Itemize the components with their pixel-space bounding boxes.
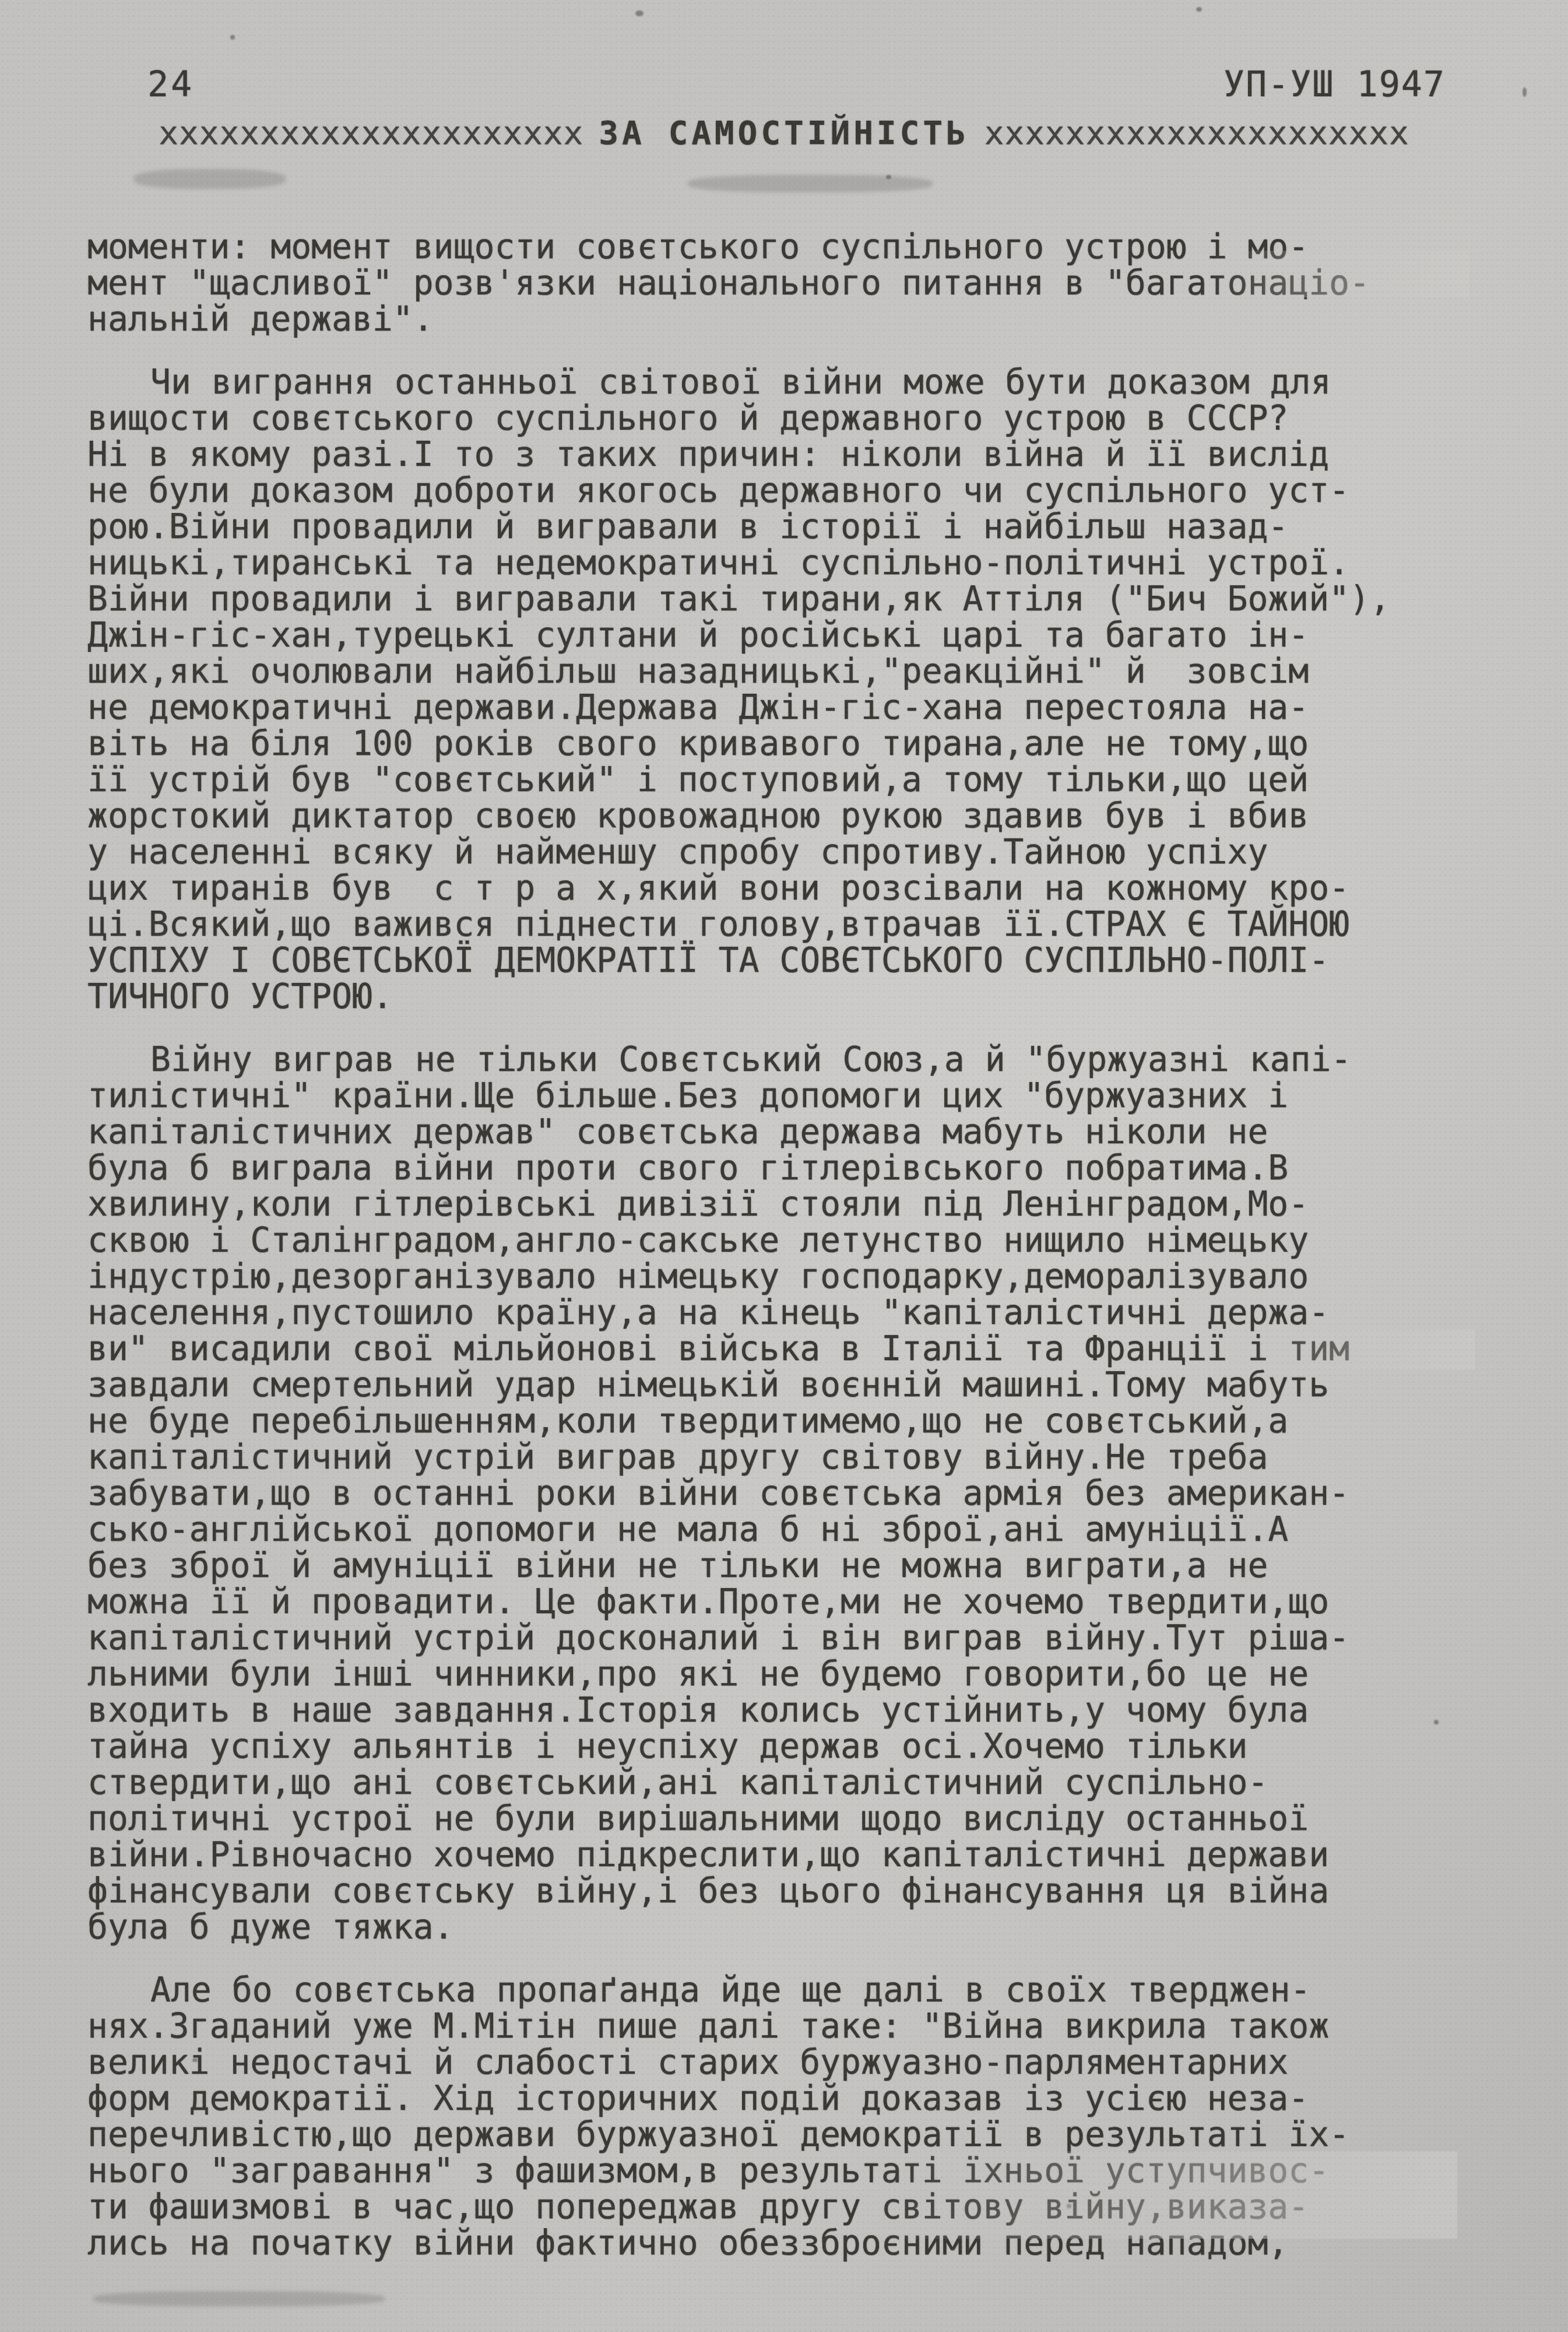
text-line: без зброї й амуніції війни не тільки не …	[87, 1547, 1475, 1583]
text-line: Чи виграння останньої світової війни мож…	[87, 364, 1475, 400]
paragraph: моменти: момент вищости совєтського сусп…	[87, 229, 1475, 337]
text-line: капіталістичних держав" совєтська держав…	[87, 1114, 1475, 1150]
text-line: вищости совєтського суспільного й держав…	[87, 400, 1475, 436]
scan-speck	[1196, 7, 1202, 12]
text-line: УСПІХУ І СОВЄТСЬКОЇ ДЕМОКРАТІЇ ТА СОВЄТС…	[87, 942, 1475, 978]
text-line: великі недостачі й слабості старих буржу…	[87, 2044, 1475, 2080]
text-line: була б дуже тяжка.	[87, 1909, 1475, 1945]
text-line: нальній державі".	[87, 301, 1475, 337]
text-line: не демократичні держави.Держава Джін-гіс…	[87, 689, 1475, 725]
text-line: можна її й провадити. Це факти.Проте,ми …	[87, 1583, 1475, 1620]
scan-speck	[230, 35, 235, 40]
text-line: віть на біля 100 років свого кривавого т…	[87, 725, 1475, 761]
text-line: не були доказом доброти якогось державно…	[87, 472, 1475, 508]
text-line: перечливістю,що держави буржуазної демок…	[87, 2116, 1475, 2152]
text-line: ших,які очолювали найбільш назадницькі,"…	[87, 653, 1475, 689]
document-body: моменти: момент вищости совєтського сусп…	[87, 229, 1475, 2288]
masthead-right-fill: ххххххххххххххххххххх	[985, 114, 1409, 152]
text-line: входить в наше завдання.Історія колись у…	[87, 1692, 1475, 1728]
text-line: Війни провадили і вигравали такі тирани,…	[87, 581, 1475, 617]
text-line: рою.Війни провадили й вигравали в історі…	[87, 508, 1475, 545]
scan-smudge	[134, 169, 286, 189]
text-line: лись на початку війни фактично обеззброє…	[87, 2225, 1475, 2261]
paragraph: Війну виграв не тільки Совєтський Союз,а…	[87, 1041, 1475, 1945]
text-line: сквою і Сталінградом,англо-сакське летун…	[87, 1222, 1475, 1258]
text-line: ствердити,що ані совєтський,ані капіталі…	[87, 1764, 1475, 1800]
text-line: Але бо совєтська пропаґанда йде ще далі …	[87, 1972, 1475, 2008]
text-line: не буде перебільшенням,коли твердитимемо…	[87, 1403, 1475, 1439]
text-line: ви" висадили свої мільйонові війська в І…	[87, 1330, 1475, 1367]
text-line: Джін-гіс-хан,турецькі султани й російськ…	[87, 617, 1475, 653]
scanned-document-page: 24 УП-УШ 1947 хххххххххххххххххххххЗА СА…	[0, 0, 1568, 2332]
text-line: хвилину,коли гітлерівські дивізії стояли…	[87, 1186, 1475, 1222]
paragraph: Чи виграння останньої світової війни мож…	[87, 364, 1475, 1014]
scan-speck	[635, 10, 644, 16]
paragraph: Але бо совєтська пропаґанда йде ще далі …	[87, 1972, 1475, 2261]
text-line: жорстокий диктатор своєю кровожадною рук…	[87, 798, 1475, 834]
text-line: форм демократії. Хід історичних подій до…	[87, 2080, 1475, 2116]
page-number: 24	[147, 64, 194, 105]
text-line: забувати,що в останні роки війни совєтсь…	[87, 1475, 1475, 1511]
text-line: льними були інші чинники,про які не буде…	[87, 1656, 1475, 1692]
text-line: війни.Рівночасно хочемо підкреслити,що к…	[87, 1836, 1475, 1873]
text-line: ти фашизмові в час,що попереджав другу с…	[87, 2189, 1475, 2225]
scan-speck	[1523, 87, 1527, 97]
masthead-left-fill: ххххххххххххххххххххх	[159, 114, 583, 152]
scan-speck	[886, 175, 891, 179]
text-line: ці.Всякий,що важився піднести голову,втр…	[87, 906, 1475, 942]
text-line: ницькі,тиранські та недемократичні суспі…	[87, 545, 1475, 581]
text-line: політичні устрої не були вирішальними що…	[87, 1800, 1475, 1836]
text-line: Війну виграв не тільки Совєтський Союз,а…	[87, 1041, 1475, 1077]
text-line: ТИЧНОГО УСТРОЮ.	[87, 978, 1475, 1014]
text-line: тилістичні" країни.Ще більше.Без допомог…	[87, 1077, 1475, 1114]
text-line: була б виграла війни проти свого гітлері…	[87, 1150, 1475, 1186]
text-line: мент "щасливої" розв'язки національного …	[87, 265, 1475, 301]
scan-smudge	[93, 2291, 385, 2306]
text-line: нях.Згаданий уже М.Мітін пише далі таке:…	[87, 2008, 1475, 2044]
text-line: населення,пустошило країну,а на кінець "…	[87, 1294, 1475, 1330]
masthead: хххххххххххххххххххххЗА САМОСТІЙНІСТЬххх…	[58, 114, 1510, 152]
text-line: сько-англійської допомоги не мала б ні з…	[87, 1511, 1475, 1547]
scan-smudge	[688, 175, 933, 192]
text-line: капіталістичний устрій виграв другу світ…	[87, 1439, 1475, 1475]
text-line: тайна успіху альянтів і неуспіху держав …	[87, 1728, 1475, 1764]
text-line: завдали смертельний удар німецькій воєнн…	[87, 1367, 1475, 1403]
text-line: її устрій був "совєтський" і поступовий,…	[87, 761, 1475, 798]
text-line: моменти: момент вищости совєтського сусп…	[87, 229, 1475, 265]
text-line: Ні в якому разі.І то з таких причин: нік…	[87, 436, 1475, 472]
text-line: фінансували совєтську війну,і без цього …	[87, 1873, 1475, 1909]
text-line: нього "загравання" з фашизмом,в результа…	[87, 2152, 1475, 2189]
text-line: капіталістичний устрій досконалий і він …	[87, 1620, 1475, 1656]
issue-label: УП-УШ 1947	[1224, 64, 1446, 105]
text-line: індустрію,дезорганізувало німецьку госпо…	[87, 1258, 1475, 1294]
text-line: цих тиранів був с т р а х,який вони розс…	[87, 870, 1475, 906]
text-line: у населенні всяку й найменшу спробу спро…	[87, 834, 1475, 870]
publication-title: ЗА САМОСТІЙНІСТЬ	[583, 114, 984, 152]
